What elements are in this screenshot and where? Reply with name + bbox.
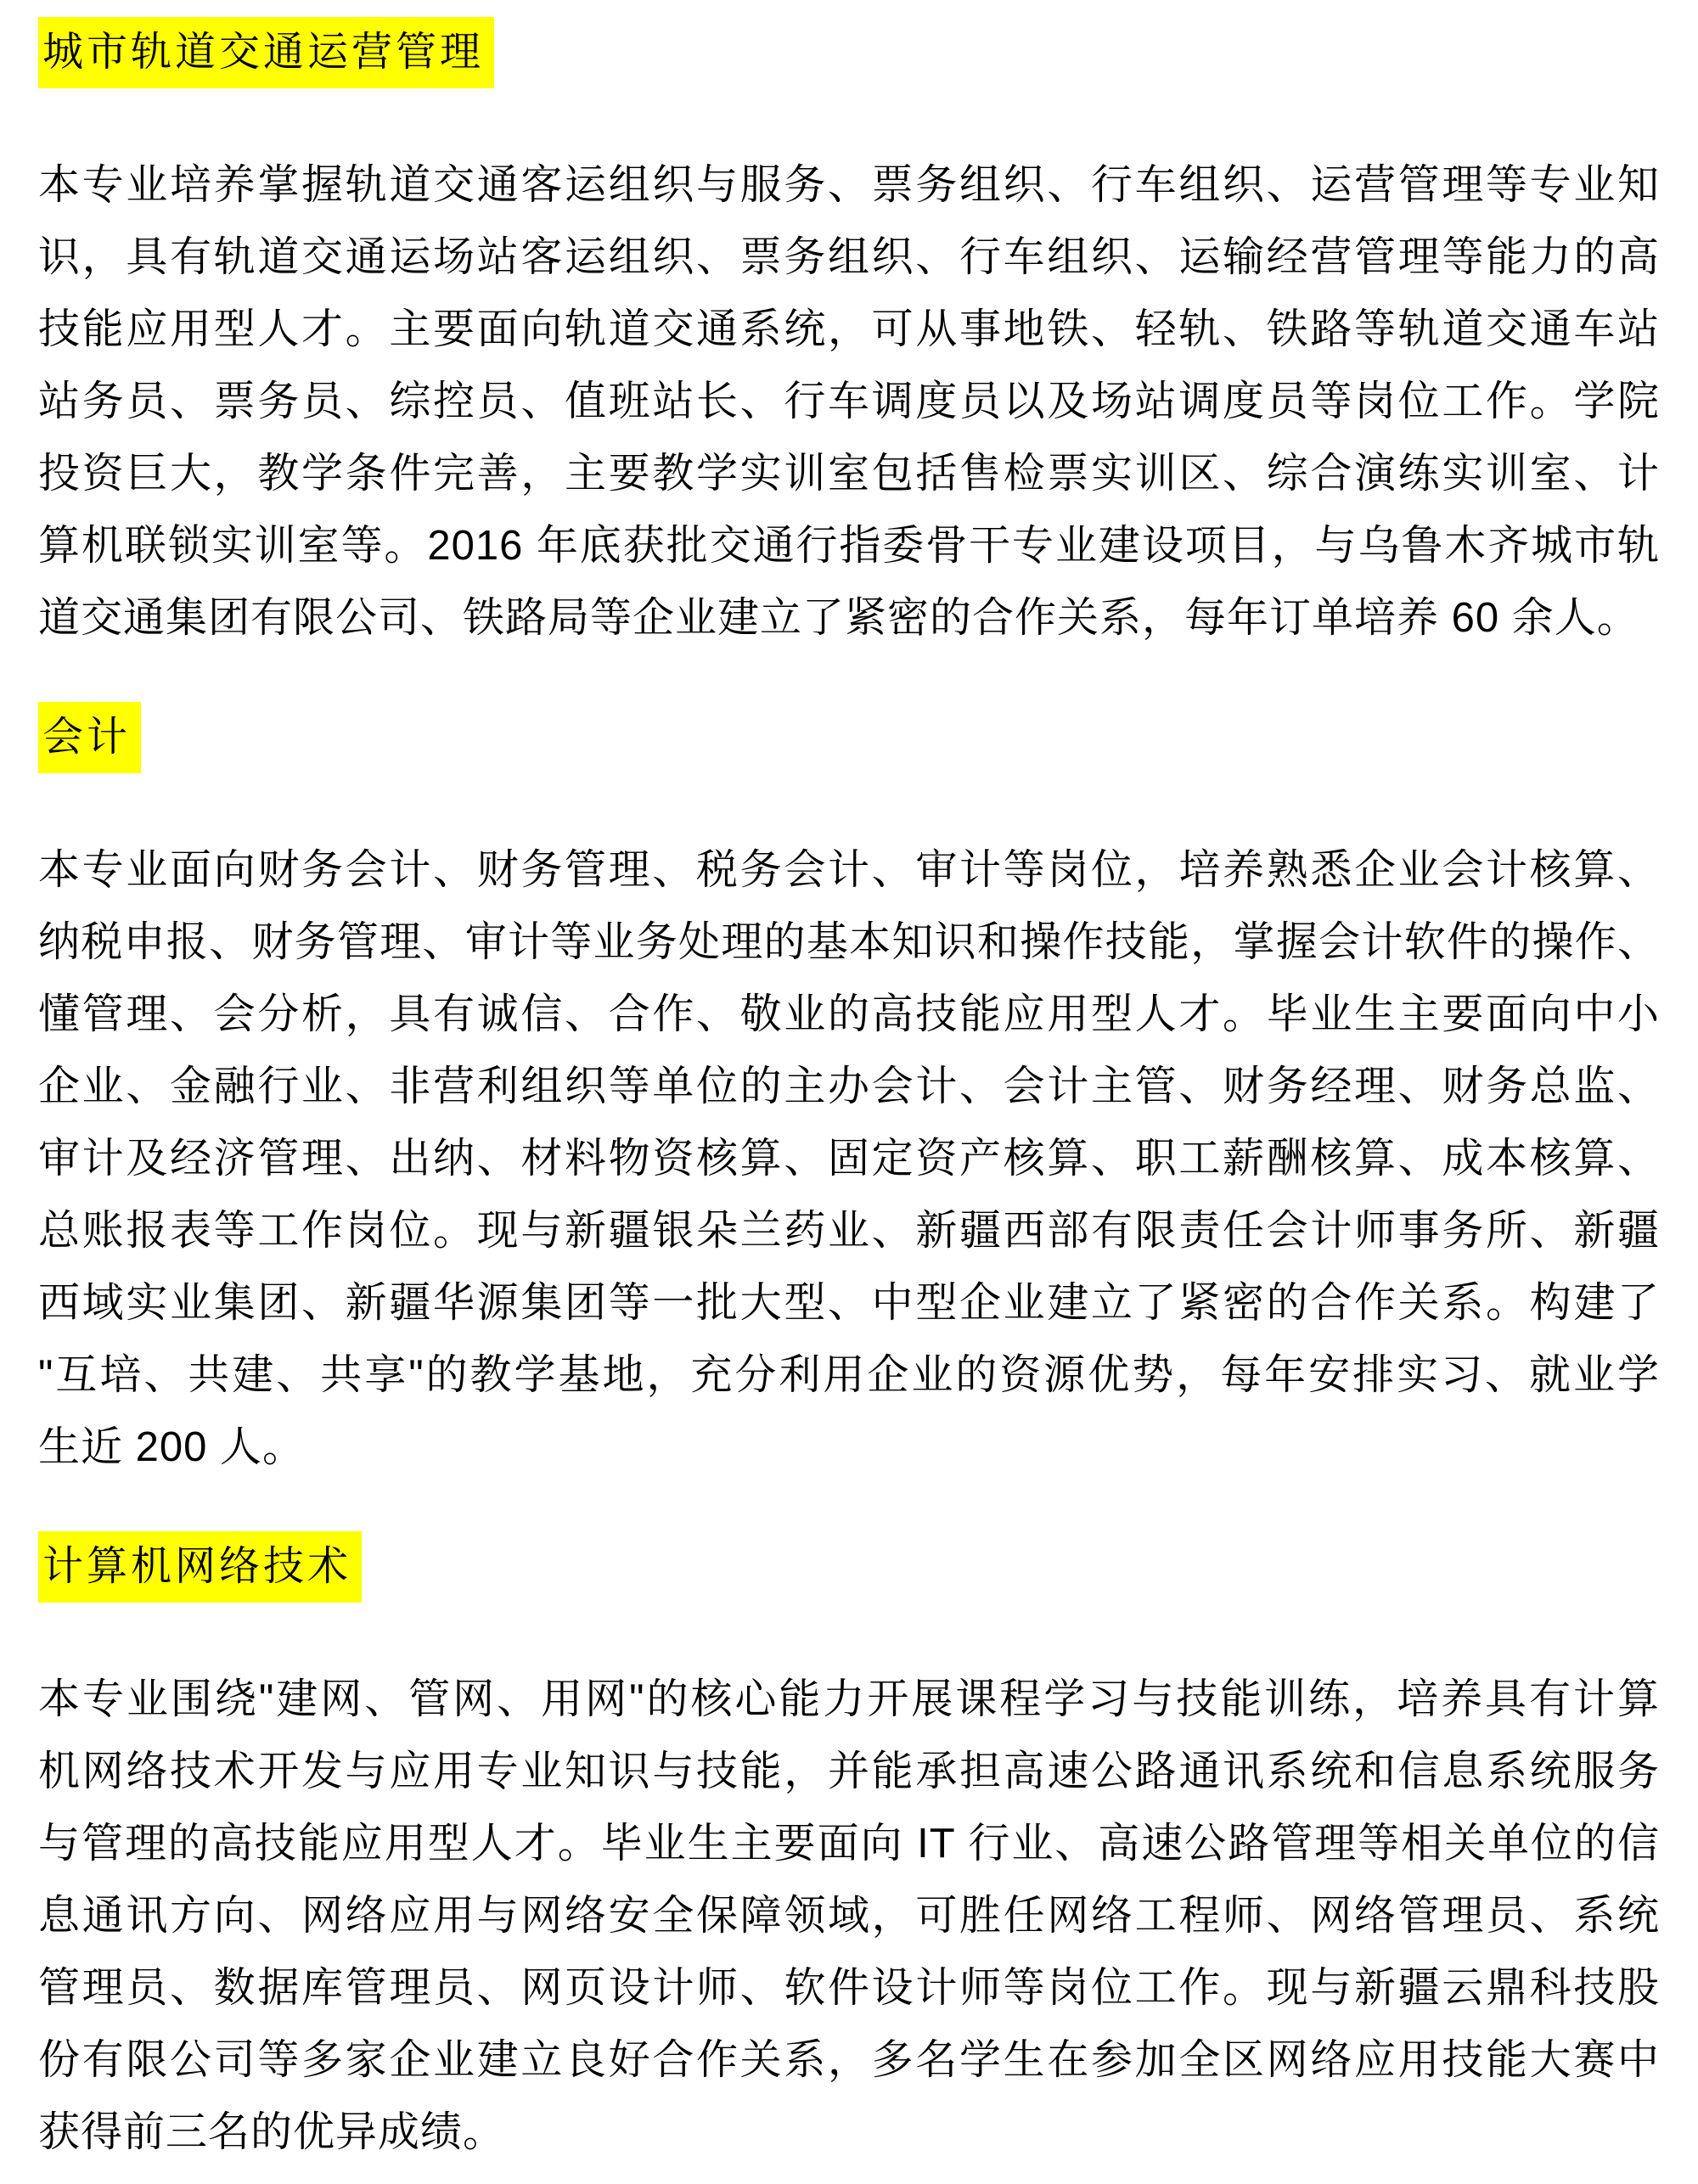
document-page: { "page": { "background": "#ffffff", "te… bbox=[0, 0, 1698, 2184]
text-line: 懂管理、会分析，具有诚信、合作、敬业的高技能应用型人才。毕业生主要面向中小 bbox=[38, 979, 1660, 1051]
text-line: 份有限公司等多家企业建立良好合作关系，多名学生在参加全区网络应用技能大赛中 bbox=[38, 2024, 1660, 2097]
heading-highlight: 会计 bbox=[38, 702, 141, 773]
heading-highlight: 城市轨道交通运营管理 bbox=[38, 17, 494, 88]
text-line: 机网络技术开发与应用专业知识与技能，并能承担高速公路通讯系统和信息系统服务 bbox=[38, 1736, 1660, 1808]
paragraph: 本专业培养掌握轨道交通客运组织与服务、票务组织、行车组织、运营管理等专业知识，具… bbox=[38, 149, 1660, 654]
text-line: 算机联锁实训室等。2016 年底获批交通行指委骨干专业建设项目，与乌鲁木齐城市轨 bbox=[38, 510, 1660, 582]
text-line: 总账报表等工作岗位。现与新疆银朵兰药业、新疆西部有限责任会计师事务所、新疆 bbox=[38, 1195, 1660, 1267]
text-line: "互培、共建、共享"的教学基地，充分利用企业的资源优势，每年安排实习、就业学 bbox=[38, 1339, 1660, 1412]
heading-highlight: 计算机网络技术 bbox=[38, 1531, 362, 1603]
section-heading: 计算机网络技术 bbox=[38, 1531, 1660, 1603]
section-accounting: 会计 本专业面向财务会计、财务管理、税务会计、审计等岗位，培养熟悉企业会计核算、… bbox=[38, 702, 1660, 1484]
text-line: 本专业培养掌握轨道交通客运组织与服务、票务组织、行车组织、运营管理等专业知 bbox=[38, 149, 1660, 222]
section-rail-transit: 城市轨道交通运营管理 本专业培养掌握轨道交通客运组织与服务、票务组织、行车组织、… bbox=[38, 17, 1660, 654]
text-line: 纳税申报、财务管理、审计等业务处理的基本知识和操作技能，掌握会计软件的操作、 bbox=[38, 907, 1660, 979]
text-line: 生近 200 人。 bbox=[38, 1412, 1660, 1484]
text-line: 站务员、票务员、综控员、值班站长、行车调度员以及场站调度员等岗位工作。学院 bbox=[38, 366, 1660, 438]
text-line: 道交通集团有限公司、铁路局等企业建立了紧密的合作关系，每年订单培养 60 余人。 bbox=[38, 582, 1660, 654]
text-line: 企业、金融行业、非营利组织等单位的主办会计、会计主管、财务经理、财务总监、 bbox=[38, 1051, 1660, 1123]
text-line: 识，具有轨道交通运场站客运组织、票务组织、行车组织、运输经营管理等能力的高 bbox=[38, 222, 1660, 294]
text-line: 西域实业集团、新疆华源集团等一批大型、中型企业建立了紧密的合作关系。构建了 bbox=[38, 1267, 1660, 1339]
text-line: 本专业围绕"建网、管网、用网"的核心能力开展课程学习与技能训练，培养具有计算 bbox=[38, 1664, 1660, 1736]
text-line: 本专业面向财务会计、财务管理、税务会计、审计等岗位，培养熟悉企业会计核算、 bbox=[38, 834, 1660, 907]
section-heading: 会计 bbox=[38, 702, 1660, 773]
text-line: 审计及经济管理、出纳、材料物资核算、固定资产核算、职工薪酬核算、成本核算、 bbox=[38, 1123, 1660, 1195]
section-heading: 城市轨道交通运营管理 bbox=[38, 17, 1660, 88]
paragraph: 本专业围绕"建网、管网、用网"的核心能力开展课程学习与技能训练，培养具有计算机网… bbox=[38, 1664, 1660, 2169]
text-line: 息通讯方向、网络应用与网络安全保障领域，可胜任网络工程师、网络管理员、系统 bbox=[38, 1880, 1660, 1952]
paragraph: 本专业面向财务会计、财务管理、税务会计、审计等岗位，培养熟悉企业会计核算、纳税申… bbox=[38, 834, 1660, 1484]
text-line: 管理员、数据库管理员、网页设计师、软件设计师等岗位工作。现与新疆云鼎科技股 bbox=[38, 1952, 1660, 2024]
text-line: 技能应用型人才。主要面向轨道交通系统，可从事地铁、轻轨、铁路等轨道交通车站 bbox=[38, 294, 1660, 366]
document: 城市轨道交通运营管理 本专业培养掌握轨道交通客运组织与服务、票务组织、行车组织、… bbox=[38, 17, 1660, 2169]
text-line: 投资巨大，教学条件完善，主要教学实训室包括售检票实训区、综合演练实训室、计 bbox=[38, 438, 1660, 510]
text-line: 获得前三名的优异成绩。 bbox=[38, 2097, 1660, 2169]
text-line: 与管理的高技能应用型人才。毕业生主要面向 IT 行业、高速公路管理等相关单位的信 bbox=[38, 1808, 1660, 1880]
section-computer-network: 计算机网络技术 本专业围绕"建网、管网、用网"的核心能力开展课程学习与技能训练，… bbox=[38, 1531, 1660, 2169]
